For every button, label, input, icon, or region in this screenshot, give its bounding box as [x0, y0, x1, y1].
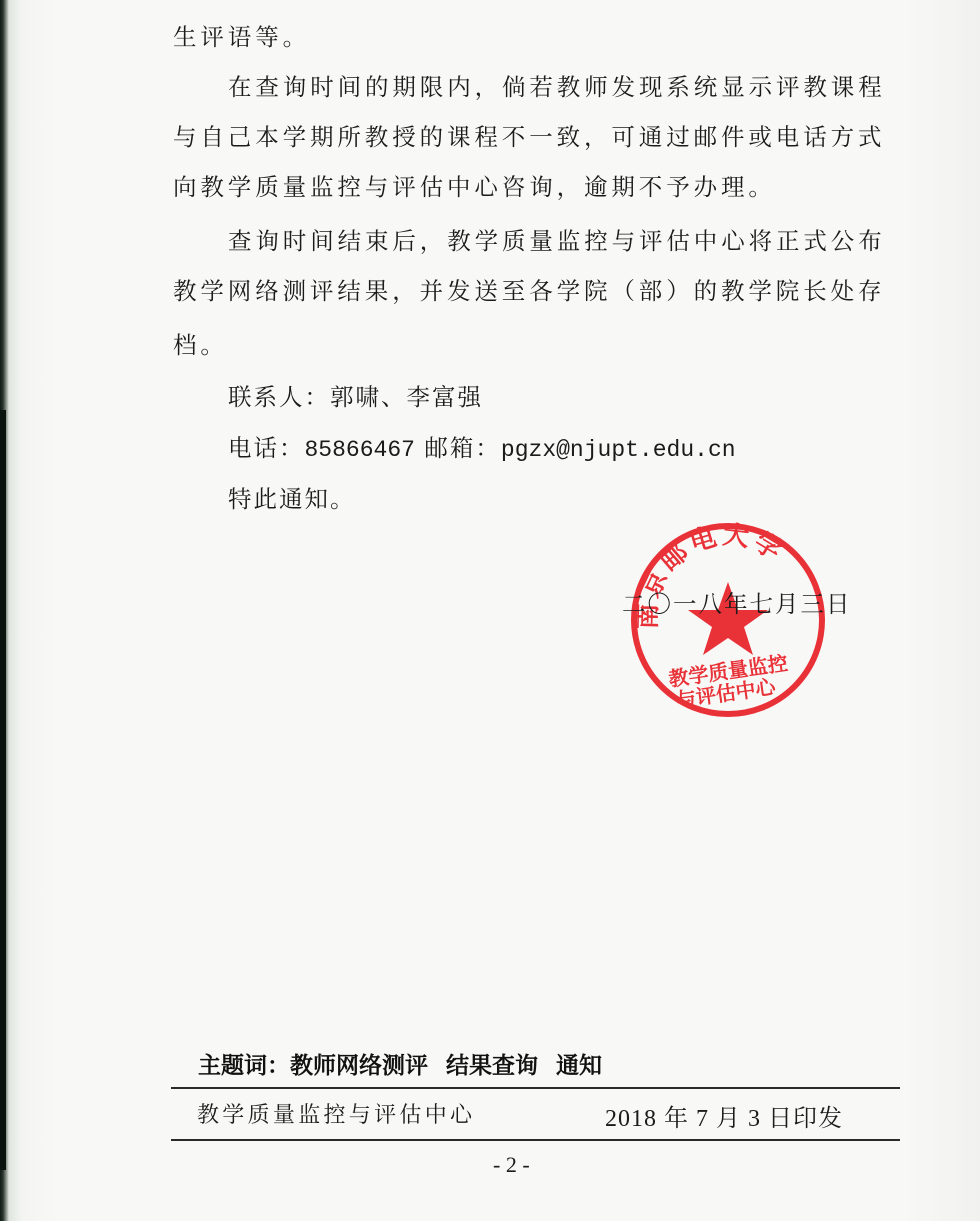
keyword: 结果查询: [446, 1053, 538, 1079]
phone-line: 电话：85866467 邮箱：pgzx@njupt.edu.cn: [228, 433, 736, 465]
body-line: 教学网络测评结果，并发送至各学院（部）的教学院长处存: [173, 276, 885, 306]
contact-names: 郭啸、李富强: [330, 383, 483, 411]
divider-top: [171, 1087, 900, 1089]
phone-label: 电话：: [228, 434, 305, 462]
issue-date: 2018 年 7 月 3 日印发: [605, 1098, 843, 1133]
contact-line: 联系人：郭啸、李富强: [228, 382, 483, 412]
divider-bottom: [171, 1139, 900, 1141]
issuer: 教学质量监控与评估中心: [197, 1098, 475, 1129]
body-line: 查询时间结束后，教学质量监控与评估中心将正式公布: [228, 226, 886, 256]
body-line: 与自己本学期所教授的课程不一致，可通过邮件或电话方式: [173, 122, 885, 152]
email-label: 邮箱：: [424, 434, 501, 462]
signature-date: 二〇一八年七月三日: [622, 585, 852, 619]
official-seal: 南京邮电大学 教学质量监控 与评估中心: [628, 520, 828, 720]
body-line: 档。: [173, 330, 228, 360]
scanned-page: 生评语等。 在查询时间的期限内，倘若教师发现系统显示评教课程 与自己本学期所教授…: [0, 0, 980, 1221]
body-line: 生评语等。: [173, 22, 310, 52]
email-address: pgzx@njupt.edu.cn: [501, 437, 736, 463]
keyword: 通知: [556, 1053, 602, 1079]
page-number: - 2 -: [493, 1152, 530, 1178]
closing-line: 特此通知。: [228, 484, 356, 514]
scan-edge-shadow: [0, 410, 6, 1170]
body-line: 向教学质量监控与评估中心咨询，逾期不予办理。: [173, 172, 776, 202]
keywords-line: 主题词：教师网络测评结果查询通知: [198, 1047, 620, 1080]
contact-label: 联系人：: [228, 383, 330, 411]
keywords-label: 主题词：: [198, 1053, 290, 1079]
phone-number: 85866467: [305, 437, 415, 463]
body-line: 在查询时间的期限内，倘若教师发现系统显示评教课程: [228, 72, 886, 102]
keyword: 教师网络测评: [290, 1053, 428, 1079]
